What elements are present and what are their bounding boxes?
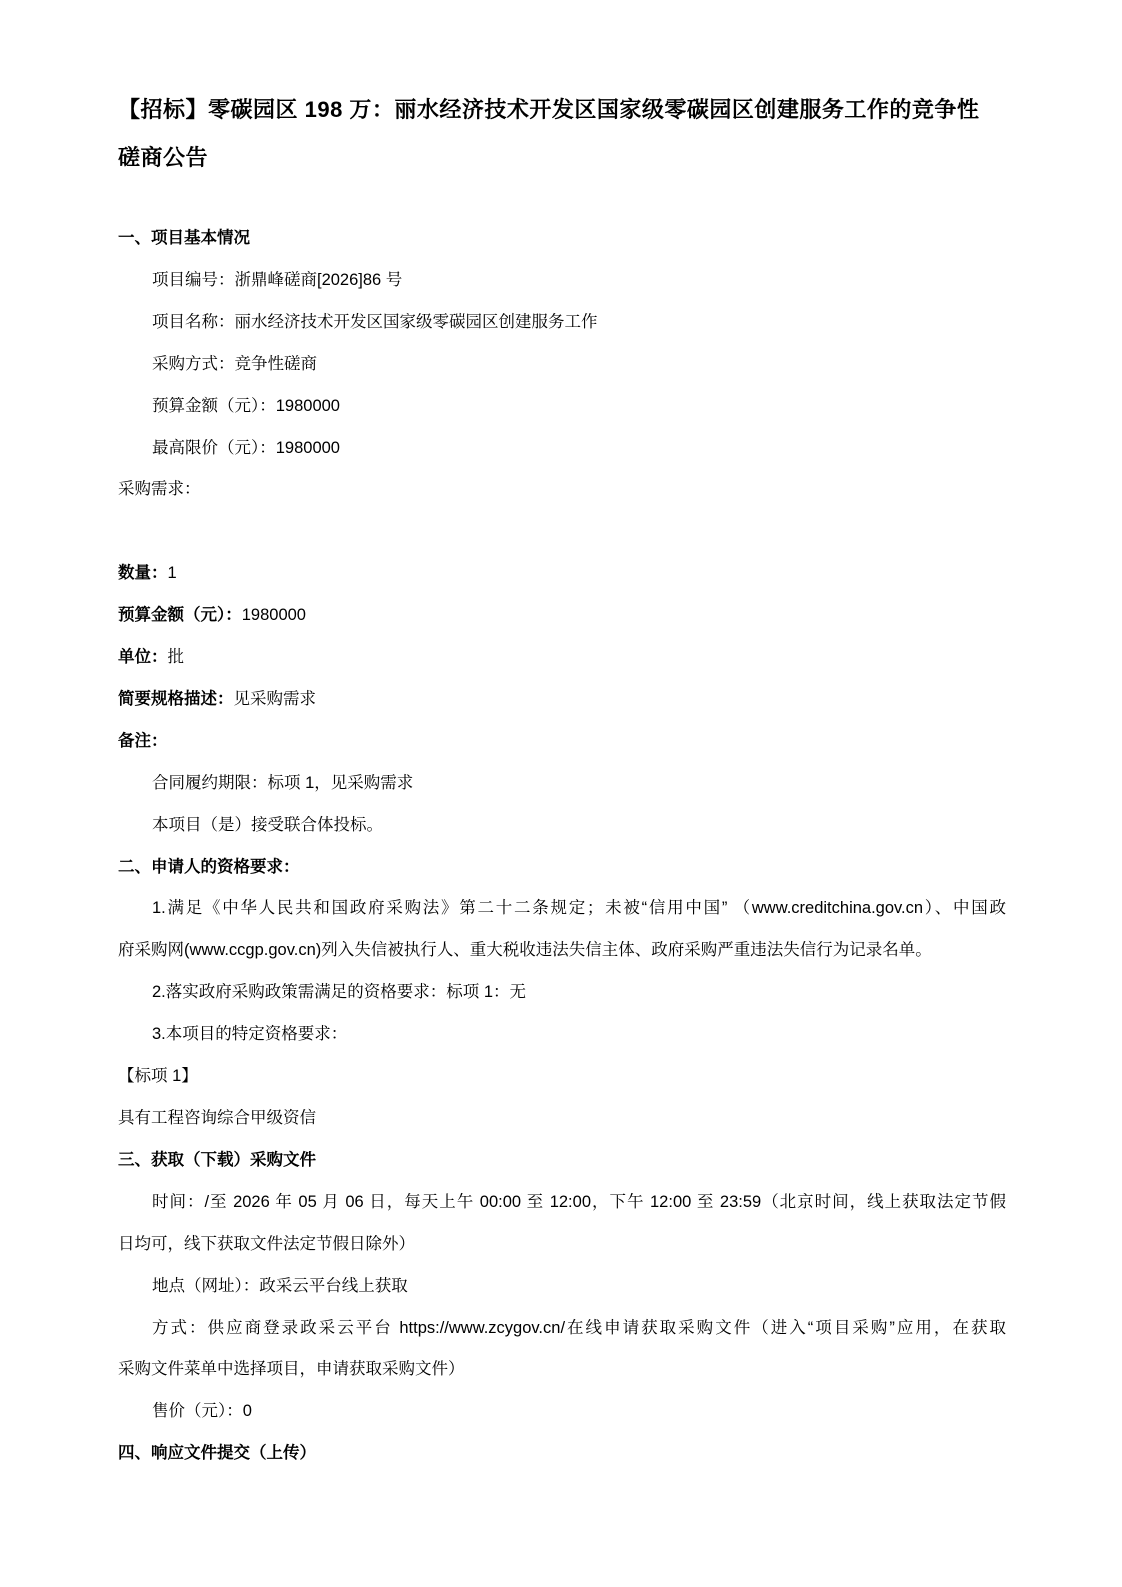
section-heading: 三、获取（下载）采购文件: [118, 1140, 1006, 1182]
page-title: 【招标】零碳园区 198 万：丽水经济技术开发区国家级零碳园区创建服务工作的竞争…: [118, 86, 1006, 182]
field-label: 数量：: [118, 564, 168, 582]
title-line: 磋商公告: [118, 134, 1006, 182]
doc-line: 最高限价（元）：1980000: [118, 428, 1006, 470]
doc-line: 府采购网(www.ccgp.gov.cn)列入失信被执行人、重大税收违法失信主体…: [118, 930, 1006, 972]
section-heading: 二、申请人的资格要求：: [118, 847, 1006, 889]
doc-line: 项目编号：浙鼎峰磋商[2026]86 号: [118, 260, 1006, 302]
field-label: 备注：: [118, 732, 168, 750]
doc-line: 售价（元）：0: [118, 1391, 1006, 1433]
doc-line: 预算金额（元）：1980000: [118, 386, 1006, 428]
document-body: 一、项目基本情况项目编号：浙鼎峰磋商[2026]86 号项目名称：丽水经济技术开…: [118, 218, 1006, 1475]
doc-line: 项目名称：丽水经济技术开发区国家级零碳园区创建服务工作: [118, 302, 1006, 344]
doc-line: 日均可，线下获取文件法定节假日除外）: [118, 1224, 1006, 1266]
document-page: 【招标】零碳园区 198 万：丽水经济技术开发区国家级零碳园区创建服务工作的竞争…: [0, 0, 1122, 1587]
title-line: 【招标】零碳园区 198 万：丽水经济技术开发区国家级零碳园区创建服务工作的竞争…: [118, 86, 1006, 134]
field-value: 批: [168, 648, 185, 666]
field-label: 简要规格描述：: [118, 690, 234, 708]
field-line: 单位：批: [118, 637, 1006, 679]
doc-line: 3.本项目的特定资格要求：: [118, 1014, 1006, 1056]
field-line: 预算金额（元）：1980000: [118, 595, 1006, 637]
doc-line: 时间：/至 2026 年 05 月 06 日，每天上午 00:00 至 12:0…: [118, 1182, 1006, 1224]
field-line: 备注：: [118, 721, 1006, 763]
doc-line: 2.落实政府采购政策需满足的资格要求：标项 1：无: [118, 972, 1006, 1014]
doc-line: 采购文件菜单中选择项目，申请获取采购文件）: [118, 1349, 1006, 1391]
blank-line: [118, 511, 1006, 553]
doc-line: 采购方式：竞争性磋商: [118, 344, 1006, 386]
field-label: 单位：: [118, 648, 168, 666]
doc-line: 合同履约期限：标项 1，见采购需求: [118, 763, 1006, 805]
field-line: 数量：1: [118, 553, 1006, 595]
doc-line: 地点（网址）：政采云平台线上获取: [118, 1266, 1006, 1308]
section-heading: 一、项目基本情况: [118, 218, 1006, 260]
section-heading: 四、响应文件提交（上传）: [118, 1433, 1006, 1475]
doc-line: 本项目（是）接受联合体投标。: [118, 805, 1006, 847]
field-line: 简要规格描述：见采购需求: [118, 679, 1006, 721]
doc-line: 采购需求：: [118, 469, 1006, 511]
field-label: 预算金额（元）：: [118, 606, 242, 624]
doc-line: 1.满足《中华人民共和国政府采购法》第二十二条规定；未被“信用中国” （www.…: [118, 888, 1006, 930]
doc-line: 【标项 1】: [118, 1056, 1006, 1098]
field-value: 见采购需求: [234, 690, 317, 708]
field-value: 1980000: [242, 606, 306, 624]
field-value: 1: [168, 564, 177, 582]
doc-line: 方式：供应商登录政采云平台 https://www.zcygov.cn/在线申请…: [118, 1308, 1006, 1350]
doc-line: 具有工程咨询综合甲级资信: [118, 1098, 1006, 1140]
